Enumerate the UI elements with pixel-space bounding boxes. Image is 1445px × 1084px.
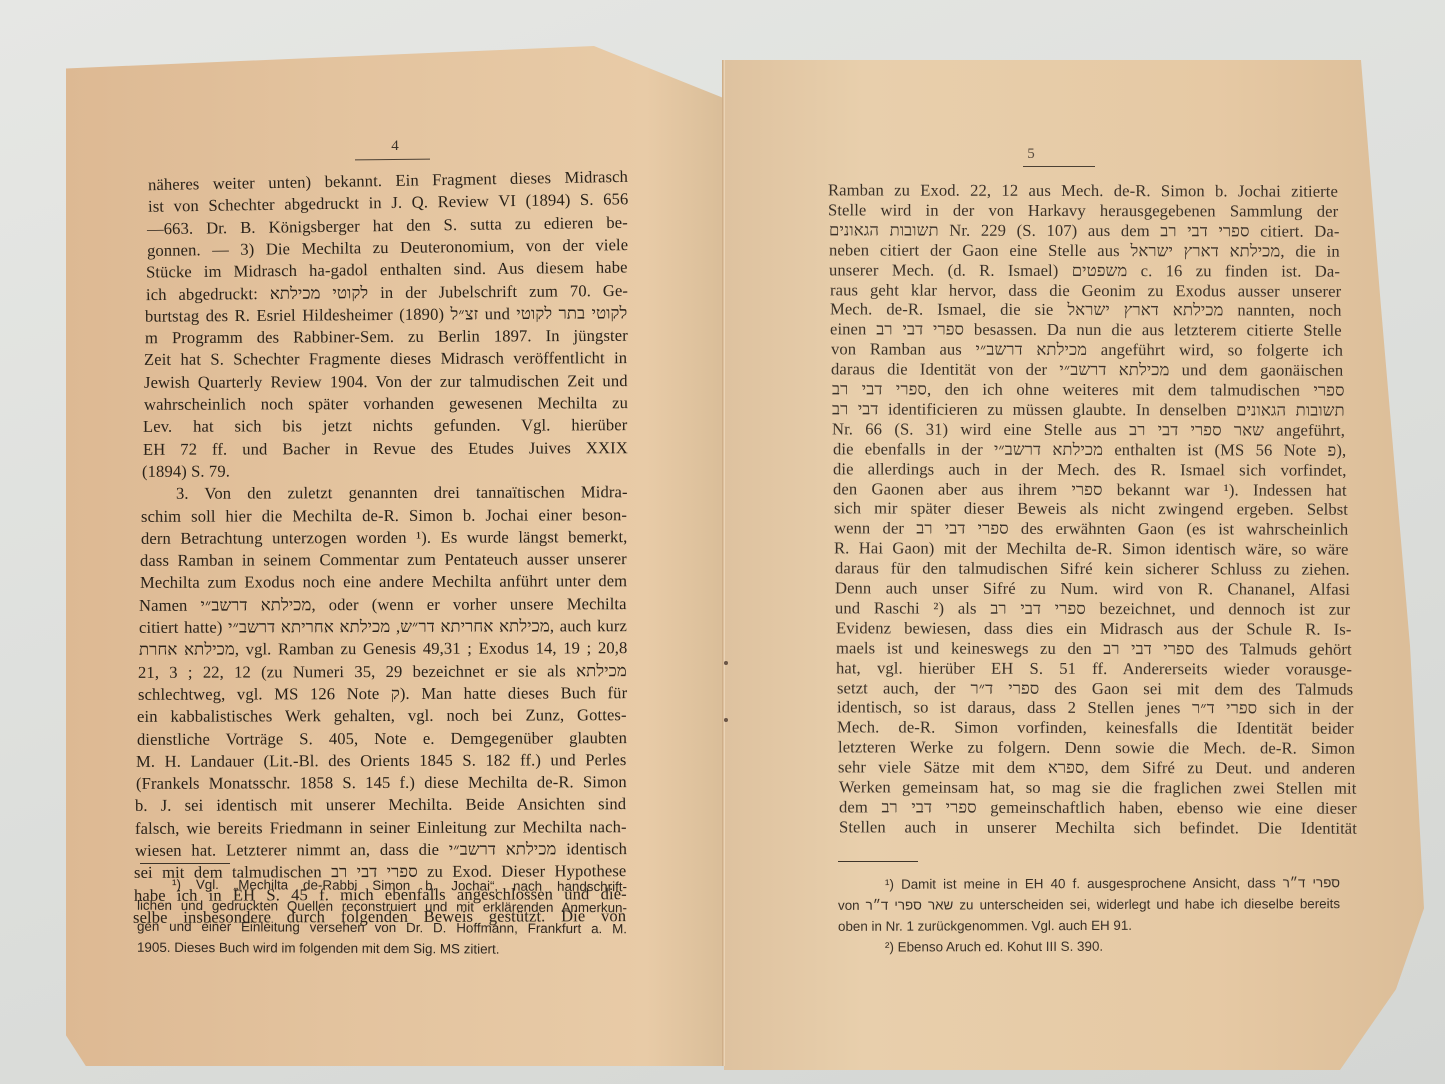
body-line: schim soll hier die Mechilta de-R. Simon…: [141, 504, 627, 528]
body-line: m Programm des Rabbiner-Sem. zu Berlin 1…: [145, 325, 628, 350]
footnote-line: ²) Ebenso Aruch ed. Kohut III S. 390.: [885, 936, 1185, 957]
footnote-line: lichen und gedruckten Quellen reconstrui…: [137, 896, 627, 919]
body-line: dass Ramban in seinem Commentar zum Pent…: [140, 548, 627, 572]
body-line: ich abgedruckt: לקוטי מכילתא in der Jube…: [146, 279, 628, 305]
page-number-left: 4: [365, 138, 425, 155]
page-number-rule-right: [1023, 166, 1095, 167]
body-line: burtstag des R. Esriel Hildesheimer זצ״ל…: [145, 302, 628, 327]
body-line: Jewish Quarterly Review 1904. Von der zu…: [144, 370, 628, 394]
body-line: wahrscheinlich noch später vorhanden gew…: [143, 392, 627, 416]
body-line: 3. Von den zuletzt genannten drei tannaï…: [176, 481, 628, 505]
body-line: Stellen auch in unserer Mechilta sich be…: [839, 816, 1357, 839]
footnote-rule-right: [838, 861, 918, 862]
footnote-line: ¹) Vgl. „Mechilta de-Rabbi Simon b. Joch…: [172, 875, 627, 897]
footnote-line: ¹) Damit ist meine in EH 40 f. ausgespro…: [885, 873, 1340, 895]
body-line: schlechtweg, vgl. MS 126 Note ק). Man ha…: [138, 682, 627, 706]
book-spread: 4 näheres weiter unten) bekannt. Ein Fra…: [0, 0, 1445, 1084]
body-line: citiert hatte) מכילתא אחריתא דר״ש, מכילת…: [139, 615, 627, 639]
book-gutter: [722, 60, 725, 1066]
body-line: M. H. Landauer (Lit.-Bl. des Orients 184…: [136, 749, 626, 773]
body-line: מכילתא אחרת, vgl. Ramban zu Genesis 49,3…: [139, 637, 627, 661]
footnote-line: oben in Nr. 1 zurückgenommen. Vgl. auch …: [838, 915, 1340, 937]
body-line: wiesen hat. Letzterer nimmt an, dass die…: [134, 838, 626, 862]
body-line: 21, 3 ; 22, 12 (zu Numeri 35, 29 bezeich…: [138, 660, 627, 684]
body-line: Lev. hat sich bis jetzt nichts gefunden.…: [143, 414, 627, 438]
body-line: dern Betrachtung unterzogen worden ¹). E…: [141, 526, 627, 550]
body-line: dienstliche Vorträge S. 405, Note e. Dem…: [137, 727, 627, 751]
staple: [724, 661, 728, 665]
footnote-line: 1905. Dieses Buch wird im folgenden mit …: [137, 938, 627, 961]
body-line: b. J. sei identisch mit unserer Mechilta…: [135, 794, 626, 818]
footnote-rule-left: [140, 863, 230, 864]
body-line: Zeit hat S. Schechter Fragmente dieses M…: [144, 348, 627, 372]
body-line: (1894) S. 79.: [142, 459, 627, 483]
footnote-line: von שאר ספרי ד״ר zu unterscheiden sei, w…: [838, 894, 1340, 916]
body-line: Mechilta zum Exodus noch eine andere Mec…: [140, 571, 627, 595]
body-line: EH 72 ff. und Bacher in Revue des Etudes…: [143, 437, 628, 461]
staple: [724, 718, 728, 722]
footnote-line: gen und einer Einleitung versehen von Dr…: [137, 917, 627, 940]
page-number-right: 5: [1001, 146, 1061, 163]
body-line: Namen מכילתא דרשב״י, oder (wenn er vorhe…: [139, 593, 627, 617]
body-line: ein kabbalistisches Werk gehalten, vgl. …: [137, 704, 627, 728]
body-line: (Frankels Monatsschr. 1858 S. 145 f.) di…: [136, 771, 627, 795]
body-line: falsch, wie bereits Friedmann in seiner …: [135, 816, 627, 840]
